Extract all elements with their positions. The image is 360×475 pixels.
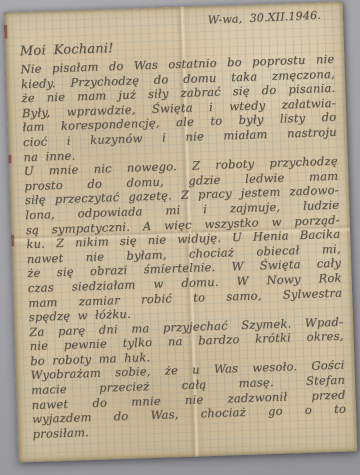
letter-body: Nie pisałam do Was ostatnio bo poprostu … [20, 52, 346, 442]
photo-background: W-wa, 30.XII.1946. Moi Kochani! Nie pisa… [0, 0, 360, 475]
date-line: W-wa, 30.XII.1946. [19, 8, 333, 36]
letter-content: W-wa, 30.XII.1946. Moi Kochani! Nie pisa… [4, 2, 358, 463]
letter-paper: W-wa, 30.XII.1946. Moi Kochani! Nie pisa… [4, 2, 358, 463]
